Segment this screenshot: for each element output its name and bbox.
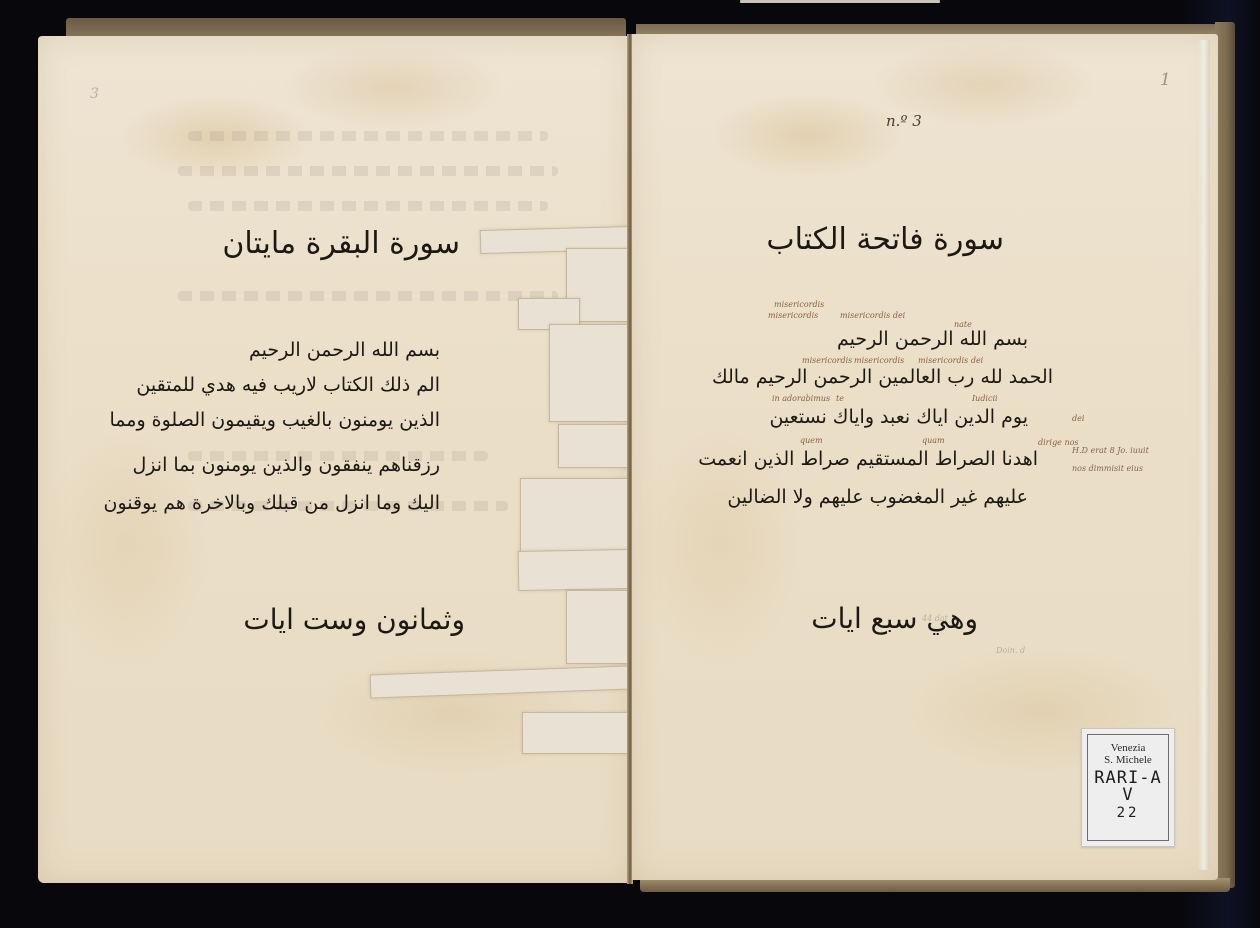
verse-line: الم ذلك الكتاب لاريب فيه هدي للمتقين xyxy=(136,376,440,395)
verse-line: اليك وما انزل من قبلك وبالاخرة هم يوقنون xyxy=(104,494,440,513)
marginal-note: misericordis xyxy=(854,356,904,365)
verse-line: رزقناهم ينفقون والذين يومنون بما انزل xyxy=(133,456,441,475)
repair-strip xyxy=(518,549,631,591)
shelfmark-label: Venezia S. Michele RARI-A V 22 xyxy=(1081,728,1175,847)
shelfmark-number: 22 xyxy=(1117,805,1140,822)
marginal-note: 44 dat xyxy=(922,614,948,623)
verse-line: الحمد لله رب العالمين الرحمن الرحيم مالك xyxy=(712,368,1053,387)
shelfmark-section: V xyxy=(1122,787,1133,804)
verse-line: بسم الله الرحمن الرحيم xyxy=(249,341,440,360)
verse-line: بسم الله الرحمن الرحيم xyxy=(837,330,1028,349)
marginal-note: Iudicii xyxy=(972,394,998,403)
top-strip xyxy=(740,0,940,3)
verse-line: اهدنا الصراط المستقيم صراط الذين انعمت xyxy=(698,450,1038,469)
ayat-count: وثمانون وست ايات xyxy=(243,603,465,636)
pencil-mark: n.º 3 xyxy=(886,112,922,130)
marginal-note: quam xyxy=(922,436,945,445)
marginal-note: Doin. d xyxy=(996,646,1025,655)
page-edge xyxy=(1198,40,1210,870)
library-city: Venezia xyxy=(1111,742,1146,754)
show-through-line xyxy=(188,201,548,211)
surah-title: سورة فاتحة الكتاب xyxy=(766,222,1004,257)
marginal-note: misericordis dei xyxy=(918,356,983,365)
folio-number: 1 xyxy=(1160,70,1171,90)
repair-strip xyxy=(566,590,630,664)
verse-line: عليهم غير المغضوب عليهم ولا الضالين xyxy=(727,488,1028,507)
ayat-count: وهي سبع ايات xyxy=(811,602,978,635)
binding-right-edge xyxy=(1215,22,1235,888)
surah-title: سورة البقرة مايتان xyxy=(222,226,460,261)
library-name: S. Michele xyxy=(1104,754,1152,766)
folio-pencil-number: 3 xyxy=(90,86,99,102)
left-page: 3 سورة البقرة مايتان بسم الله الرحمن الر… xyxy=(38,36,630,883)
marginal-note: dei xyxy=(1072,414,1084,423)
verse-line: يوم الدين اياك نعبد واياك نستعين xyxy=(769,408,1028,427)
marginal-note: misericordis xyxy=(802,356,852,365)
repair-strip xyxy=(520,478,630,552)
shelfmark-frame: Venezia S. Michele RARI-A V 22 xyxy=(1087,734,1169,841)
marginal-note: H.D erat 8 Jo. iuuit xyxy=(1072,446,1149,455)
marginal-note: quem xyxy=(800,436,823,445)
repair-strip xyxy=(522,712,630,754)
show-through-line xyxy=(178,166,558,176)
marginal-note: misericordis xyxy=(768,311,818,320)
marginal-note: nos dimmisit eius xyxy=(1072,464,1143,473)
repair-strip xyxy=(549,324,631,422)
verse-line: الذين يومنون بالغيب ويقيمون الصلوة ومما xyxy=(110,411,441,430)
marginal-note: misericordis dei xyxy=(840,311,905,320)
show-through-line xyxy=(188,131,548,141)
show-through-line xyxy=(178,291,558,301)
marginal-note: misericordis xyxy=(774,300,824,309)
marginal-note: te xyxy=(836,394,844,403)
marginal-note: in adorabimus xyxy=(772,394,830,403)
repair-strip xyxy=(558,424,630,468)
binding-bottom-right xyxy=(640,878,1230,892)
